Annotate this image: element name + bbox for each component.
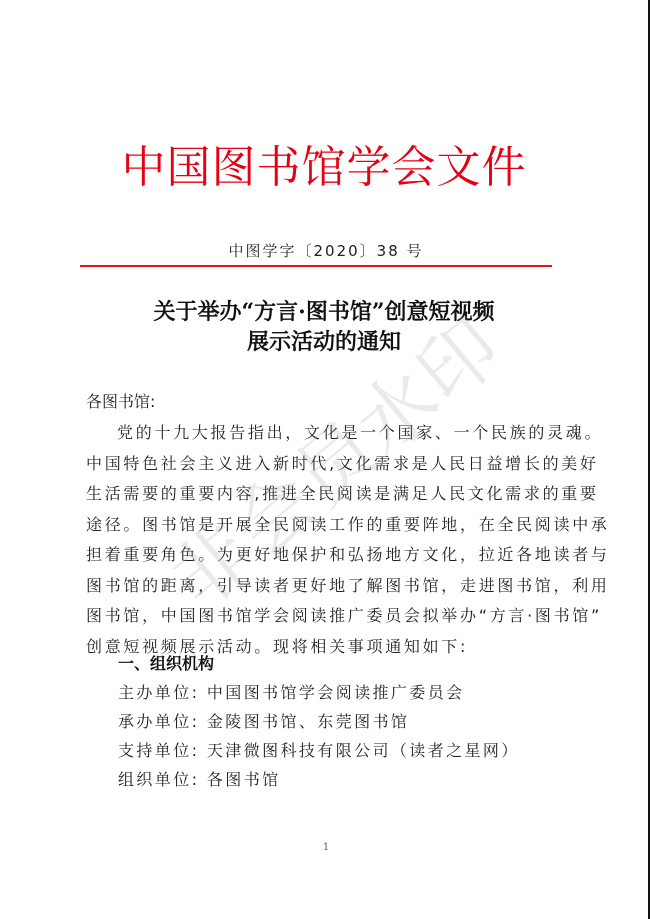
organization-label: 主办单位: — [118, 683, 199, 702]
organization-value: 各图书馆 — [207, 770, 281, 789]
organization-row-host: 主办单位: 中国图书馆学会阅读推广委员会 — [118, 678, 520, 707]
salutation: 各图书馆: — [86, 391, 576, 413]
paragraph-line: 图书馆的距离，引导读者更好地了解图书馆，走进图书馆，利用 — [86, 571, 576, 602]
document-number: 中图学字〔2020〕38 号 — [0, 240, 650, 262]
organization-value: 金陵图书馆、东莞图书馆 — [207, 712, 409, 731]
notice-title: 关于举办“方言·图书馆”创意短视频 展示活动的通知 — [0, 297, 648, 357]
organization-value: 天津微图科技有限公司（读者之星网） — [207, 741, 520, 760]
paragraph-line: 党的十九大报告指出，文化是一个国家、一个民族的灵魂。 — [86, 418, 576, 449]
organization-row-organizer: 承办单位: 金陵图书馆、东莞图书馆 — [118, 707, 520, 736]
organization-row-participants: 组织单位: 各图书馆 — [118, 765, 520, 794]
organization-row-supporter: 支持单位: 天津微图科技有限公司（读者之星网） — [118, 736, 520, 765]
red-divider-rule — [80, 265, 552, 267]
paragraph-line: 担着重要角色。为更好地保护和弘扬地方文化，拉近各地读者与 — [86, 540, 576, 571]
organization-label: 组织单位: — [118, 770, 199, 789]
paragraph-line: 图书馆，中国图书馆学会阅读推广委员会拟举办“方言·图书馆” — [86, 601, 576, 632]
notice-title-line-1: 关于举办“方言·图书馆”创意短视频 — [0, 297, 648, 327]
paragraph-line: 途径。图书馆是开展全民阅读工作的重要阵地，在全民阅读中承 — [86, 510, 576, 541]
section-heading-organization: 一、组织机构 — [118, 650, 214, 678]
organization-label: 支持单位: — [118, 741, 199, 760]
notice-title-line-2: 展示活动的通知 — [0, 327, 648, 357]
page-number: 1 — [0, 842, 650, 853]
paragraph-line: 生活需要的重要内容,推进全民阅读是满足人民文化需求的重要 — [86, 479, 576, 510]
intro-paragraph: 党的十九大报告指出，文化是一个国家、一个民族的灵魂。 中国特色社会主义进入新时代… — [86, 418, 576, 662]
organization-list: 主办单位: 中国图书馆学会阅读推广委员会 承办单位: 金陵图书馆、东莞图书馆 支… — [118, 678, 520, 794]
issuer-masthead: 中国图书馆学会文件 — [0, 140, 648, 196]
organization-value: 中国图书馆学会阅读推广委员会 — [207, 683, 465, 702]
organization-label: 承办单位: — [118, 712, 199, 731]
document-page: 中国图书馆学会文件 中图学字〔2020〕38 号 关于举办“方言·图书馆”创意短… — [0, 0, 648, 919]
paragraph-line: 中国特色社会主义进入新时代,文化需求是人民日益增长的美好 — [86, 449, 576, 480]
